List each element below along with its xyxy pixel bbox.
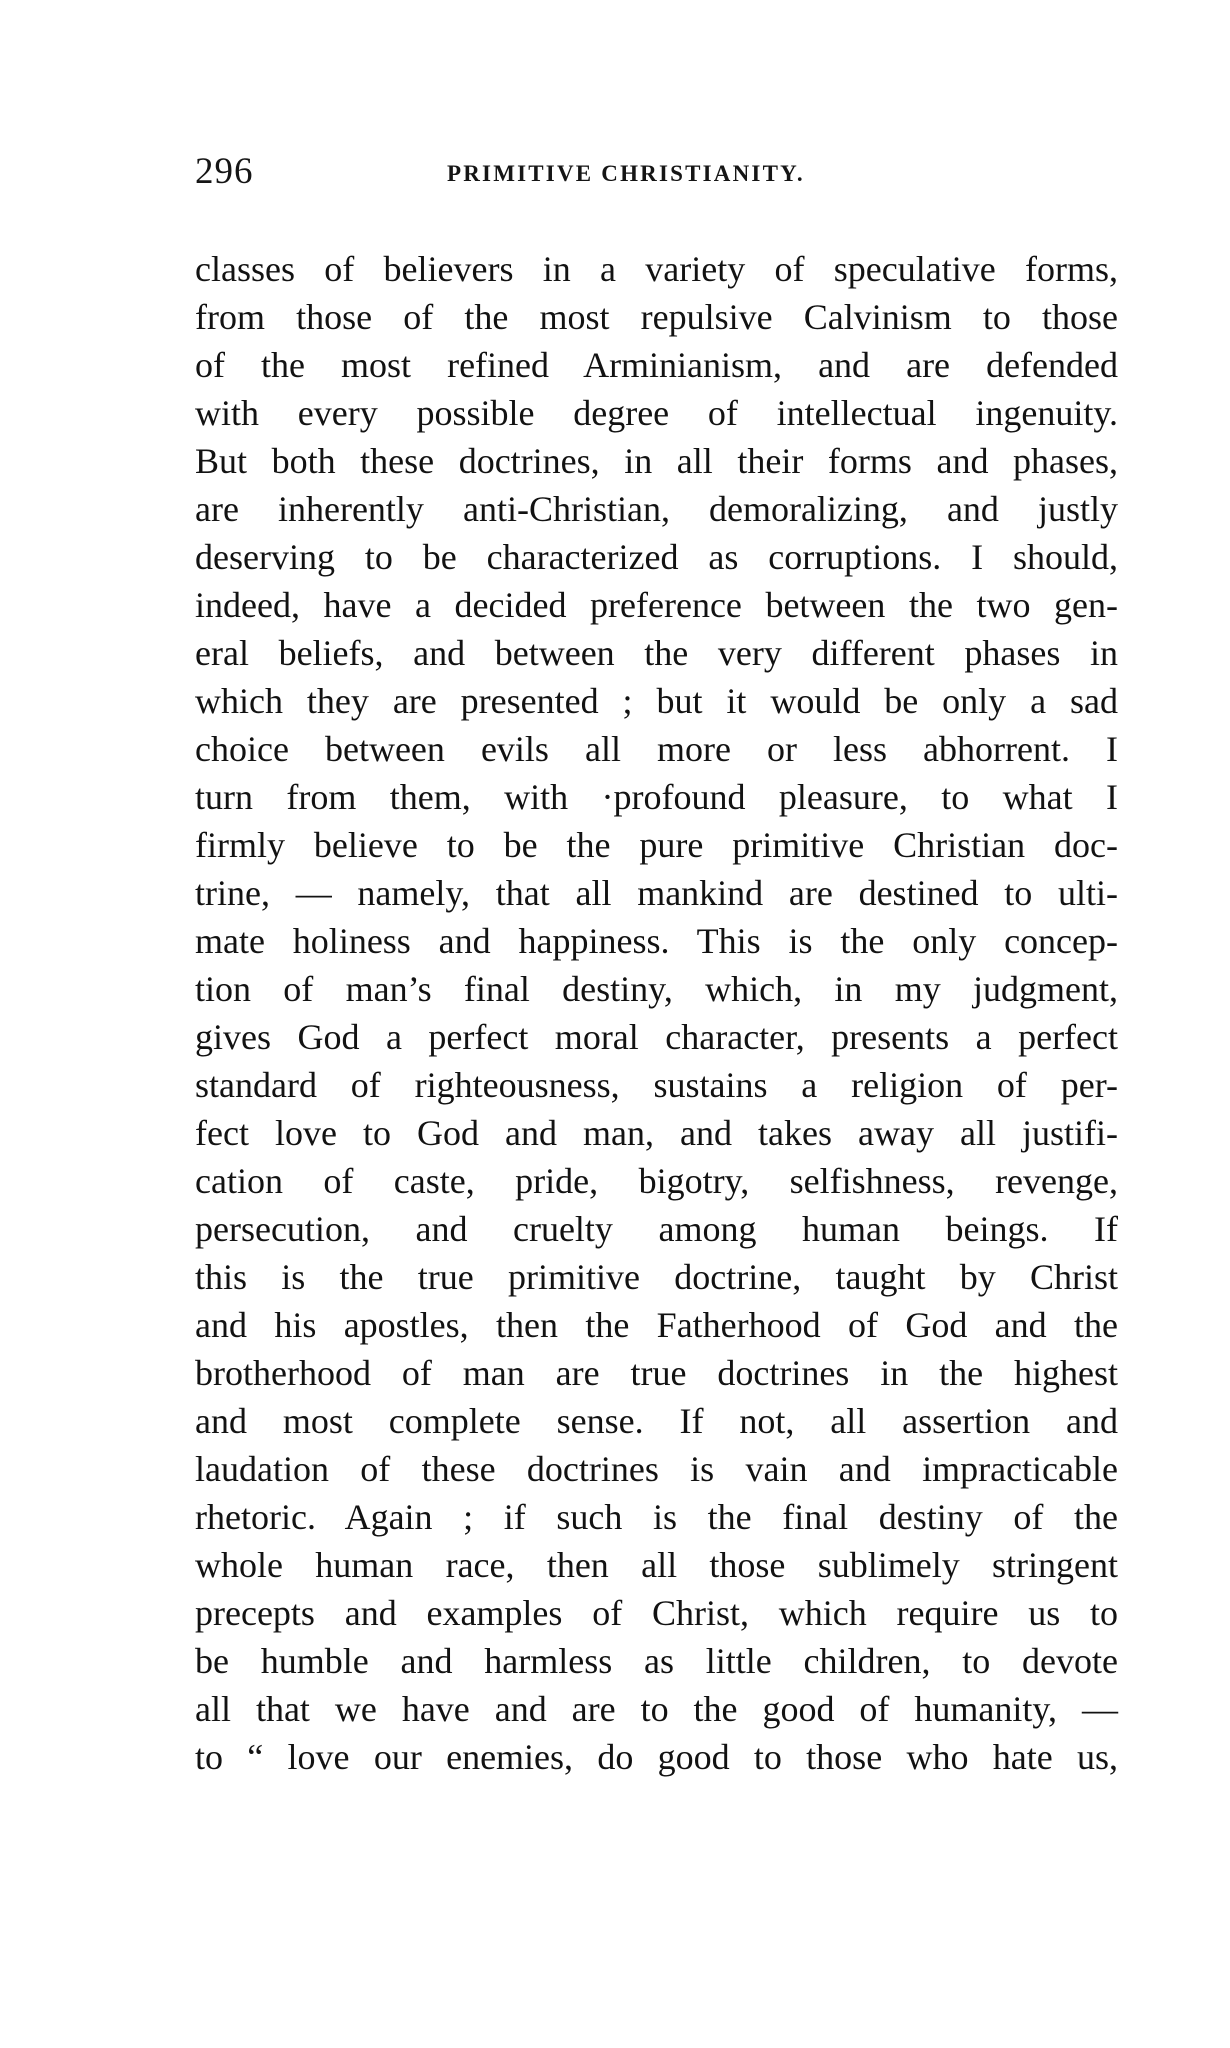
text-line: firmly believe to be the pure primitive …	[195, 821, 1118, 869]
text-line-content: and his apostles, then the Fatherhood of…	[195, 1301, 1118, 1349]
text-line: indeed, have a decided preference betwee…	[195, 581, 1118, 629]
text-line: turn from them, with ·profound pleasure,…	[195, 773, 1118, 821]
text-line-content: be humble and harmless as little childre…	[195, 1637, 1118, 1685]
text-line: with every possible degree of intellectu…	[195, 389, 1118, 437]
text-line: are inherently anti-Christian, demoraliz…	[195, 485, 1118, 533]
text-line: and his apostles, then the Fatherhood of…	[195, 1301, 1118, 1349]
text-line-content: rhetoric. Again ; if such is the final d…	[195, 1493, 1118, 1541]
page-number: 296	[195, 150, 254, 194]
text-line: to “ love our enemies, do good to those …	[195, 1733, 1118, 1781]
text-line-content: precepts and examples of Christ, which r…	[195, 1589, 1118, 1637]
text-line: But both these doctrines, in all their f…	[195, 437, 1118, 485]
text-line-content: fect love to God and man, and takes away…	[195, 1109, 1118, 1157]
text-line: all that we have and are to the good of …	[195, 1685, 1118, 1733]
text-line: which they are presented ; but it would …	[195, 677, 1118, 725]
text-line-content: gives God a perfect moral character, pre…	[195, 1013, 1118, 1061]
text-line: this is the true primitive doctrine, tau…	[195, 1253, 1118, 1301]
text-line: whole human race, then all those sublime…	[195, 1541, 1118, 1589]
text-line-content: turn from them, with ·profound pleasure,…	[195, 773, 1118, 821]
text-line: gives God a perfect moral character, pre…	[195, 1013, 1118, 1061]
text-line: persecution, and cruelty among human bei…	[195, 1205, 1118, 1253]
text-line-content: firmly believe to be the pure primitive …	[195, 821, 1118, 869]
text-line-content: are inherently anti-Christian, demoraliz…	[195, 485, 1118, 533]
text-line-content: classes of believers in a variety of spe…	[195, 245, 1118, 293]
text-line-content: persecution, and cruelty among human bei…	[195, 1205, 1118, 1253]
text-line-content: trine, — namely, that all mankind are de…	[195, 869, 1118, 917]
text-line-content: eral beliefs, and between the very diffe…	[195, 629, 1118, 677]
text-line-content: mate holiness and happiness. This is the…	[195, 917, 1118, 965]
text-line-content: tion of man’s final destiny, which, in m…	[195, 965, 1118, 1013]
text-line-content: cation of caste, pride, bigotry, selfish…	[195, 1157, 1118, 1205]
text-line: be humble and harmless as little childre…	[195, 1637, 1118, 1685]
text-line: choice between evils all more or less ab…	[195, 725, 1118, 773]
text-line: eral beliefs, and between the very diffe…	[195, 629, 1118, 677]
text-line-content: brotherhood of man are true doctrines in…	[195, 1349, 1118, 1397]
text-line-content: all that we have and are to the good of …	[195, 1685, 1118, 1733]
body-text: classes of believers in a variety of spe…	[195, 245, 1118, 1781]
text-line: rhetoric. Again ; if such is the final d…	[195, 1493, 1118, 1541]
text-line: brotherhood of man are true doctrines in…	[195, 1349, 1118, 1397]
text-line-content: whole human race, then all those sublime…	[195, 1541, 1118, 1589]
text-line-content: But both these doctrines, in all their f…	[195, 437, 1118, 485]
text-line-content: of the most refined Arminianism, and are…	[195, 341, 1118, 389]
text-line: of the most refined Arminianism, and are…	[195, 341, 1118, 389]
text-line: fect love to God and man, and takes away…	[195, 1109, 1118, 1157]
text-line-content: and most complete sense. If not, all ass…	[195, 1397, 1118, 1445]
text-line-content: which they are presented ; but it would …	[195, 677, 1118, 725]
text-line: mate holiness and happiness. This is the…	[195, 917, 1118, 965]
text-line-content: deserving to be characterized as corrupt…	[195, 533, 1118, 581]
text-line: standard of righteousness, sustains a re…	[195, 1061, 1118, 1109]
text-line-content: choice between evils all more or less ab…	[195, 725, 1118, 773]
text-line: deserving to be characterized as corrupt…	[195, 533, 1118, 581]
text-line-content: laudation of these doctrines is vain and…	[195, 1445, 1118, 1493]
text-line: cation of caste, pride, bigotry, selfish…	[195, 1157, 1118, 1205]
text-line: laudation of these doctrines is vain and…	[195, 1445, 1118, 1493]
text-line: trine, — namely, that all mankind are de…	[195, 869, 1118, 917]
text-line-content: from those of the most repulsive Calvini…	[195, 293, 1118, 341]
text-line: from those of the most repulsive Calvini…	[195, 293, 1118, 341]
book-page: 296 PRIMITIVE CHRISTIANITY. classes of b…	[0, 0, 1230, 2048]
text-line-content: this is the true primitive doctrine, tau…	[195, 1253, 1118, 1301]
text-line: precepts and examples of Christ, which r…	[195, 1589, 1118, 1637]
text-line: classes of believers in a variety of spe…	[195, 245, 1118, 293]
running-head: 296 PRIMITIVE CHRISTIANITY.	[195, 150, 1118, 194]
text-line-content: with every possible degree of intellectu…	[195, 389, 1118, 437]
text-line-content: standard of righteousness, sustains a re…	[195, 1061, 1118, 1109]
text-line-content: to “ love our enemies, do good to those …	[195, 1733, 1118, 1781]
text-line: tion of man’s final destiny, which, in m…	[195, 965, 1118, 1013]
running-title: PRIMITIVE CHRISTIANITY.	[447, 154, 865, 194]
text-line: and most complete sense. If not, all ass…	[195, 1397, 1118, 1445]
text-line-content: indeed, have a decided preference betwee…	[195, 581, 1118, 629]
